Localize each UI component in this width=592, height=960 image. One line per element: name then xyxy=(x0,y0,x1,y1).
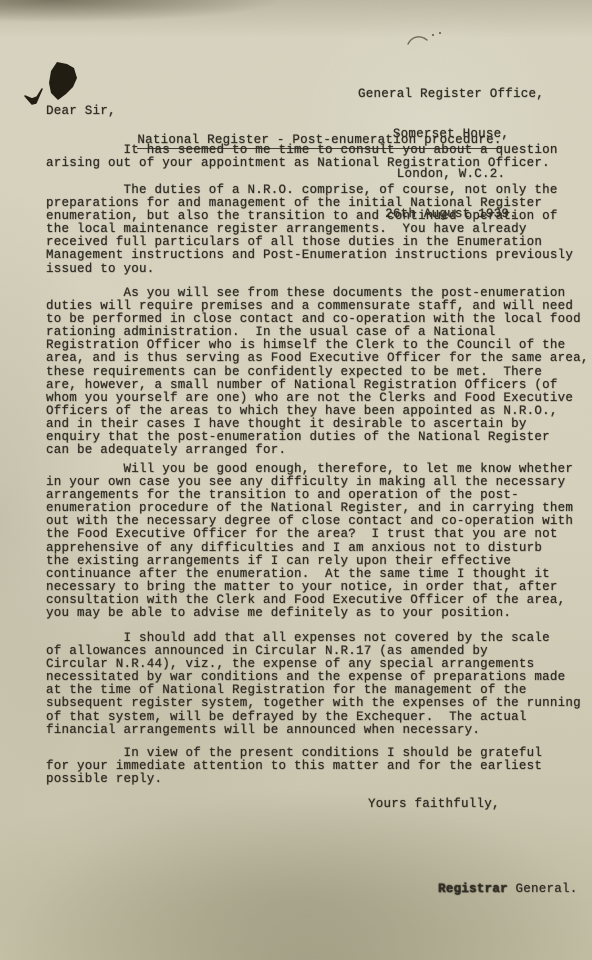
pencil-mark xyxy=(400,26,470,52)
paragraph-6: In view of the present conditions I shou… xyxy=(46,747,542,786)
signature-title-heavy: Registrar xyxy=(438,882,508,896)
paragraph-1: It has seemed to me time to consult you … xyxy=(46,144,558,170)
letterhead-office: General Register Office, xyxy=(333,88,569,101)
salutation: Dear Sir, xyxy=(46,105,116,118)
closing-valediction: Yours faithfully, xyxy=(368,798,500,811)
paragraph-5: I should add that all expenses not cover… xyxy=(46,632,581,737)
signature-line: Registrar General. xyxy=(407,870,578,909)
paragraph-3: As you will see from these documents the… xyxy=(46,287,589,457)
paragraph-4: Will you be good enough, therefore, to l… xyxy=(46,463,573,620)
signature-title-rest: General. xyxy=(508,882,578,896)
letterhead-address-line2: London, W.C.2. xyxy=(333,168,569,181)
paragraph-2: The duties of a N.R.O. comprise, of cour… xyxy=(46,184,573,276)
letter-page: General Register Office, Somerset House,… xyxy=(0,0,592,960)
